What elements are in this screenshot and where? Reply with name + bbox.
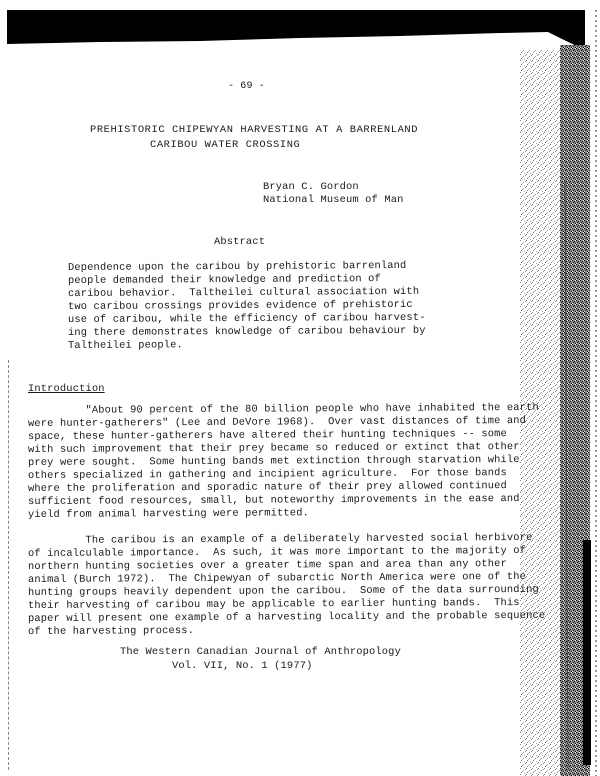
abstract-line: people demanded their knowledge and pred… <box>68 273 381 287</box>
abstract-line: Taltheilei people. <box>68 339 183 352</box>
introduction-heading: Introduction <box>28 383 105 395</box>
author-affiliation: National Museum of Man <box>263 194 403 206</box>
journal-name: The Western Canadian Journal of Anthropo… <box>120 646 401 658</box>
page-number: - 69 - <box>228 81 265 93</box>
paragraph-2-line: of the harvesting process. <box>28 625 194 638</box>
title-line-1: PREHISTORIC CHIPEWYAN HARVESTING AT A BA… <box>90 124 418 136</box>
abstract-line: ing there demonstrates knowledge of cari… <box>68 325 426 339</box>
title-line-2: CARIBOU WATER CROSSING <box>150 139 300 151</box>
journal-volume: Vol. VII, No. 1 (1977) <box>172 660 312 672</box>
author-name: Bryan C. Gordon <box>263 181 359 193</box>
abstract-line: caribou behavior. Taltheilei cultural as… <box>68 286 419 300</box>
abstract-line: use of caribou, while the efficiency of … <box>68 312 426 326</box>
paragraph-2-line: paper will present one example of a harv… <box>28 610 545 625</box>
paragraph-1-line: yield from animal harvesting were permit… <box>28 507 309 521</box>
paragraph-1-line: sufficient food resources, small, but no… <box>28 493 520 508</box>
abstract-line: two caribou crossings provides evidence … <box>68 299 413 313</box>
abstract-heading: Abstract <box>214 236 265 248</box>
abstract-line: Dependence upon the caribou by prehistor… <box>68 260 407 274</box>
document-page: - 69 - PREHISTORIC CHIPEWYAN HARVESTING … <box>0 0 540 776</box>
